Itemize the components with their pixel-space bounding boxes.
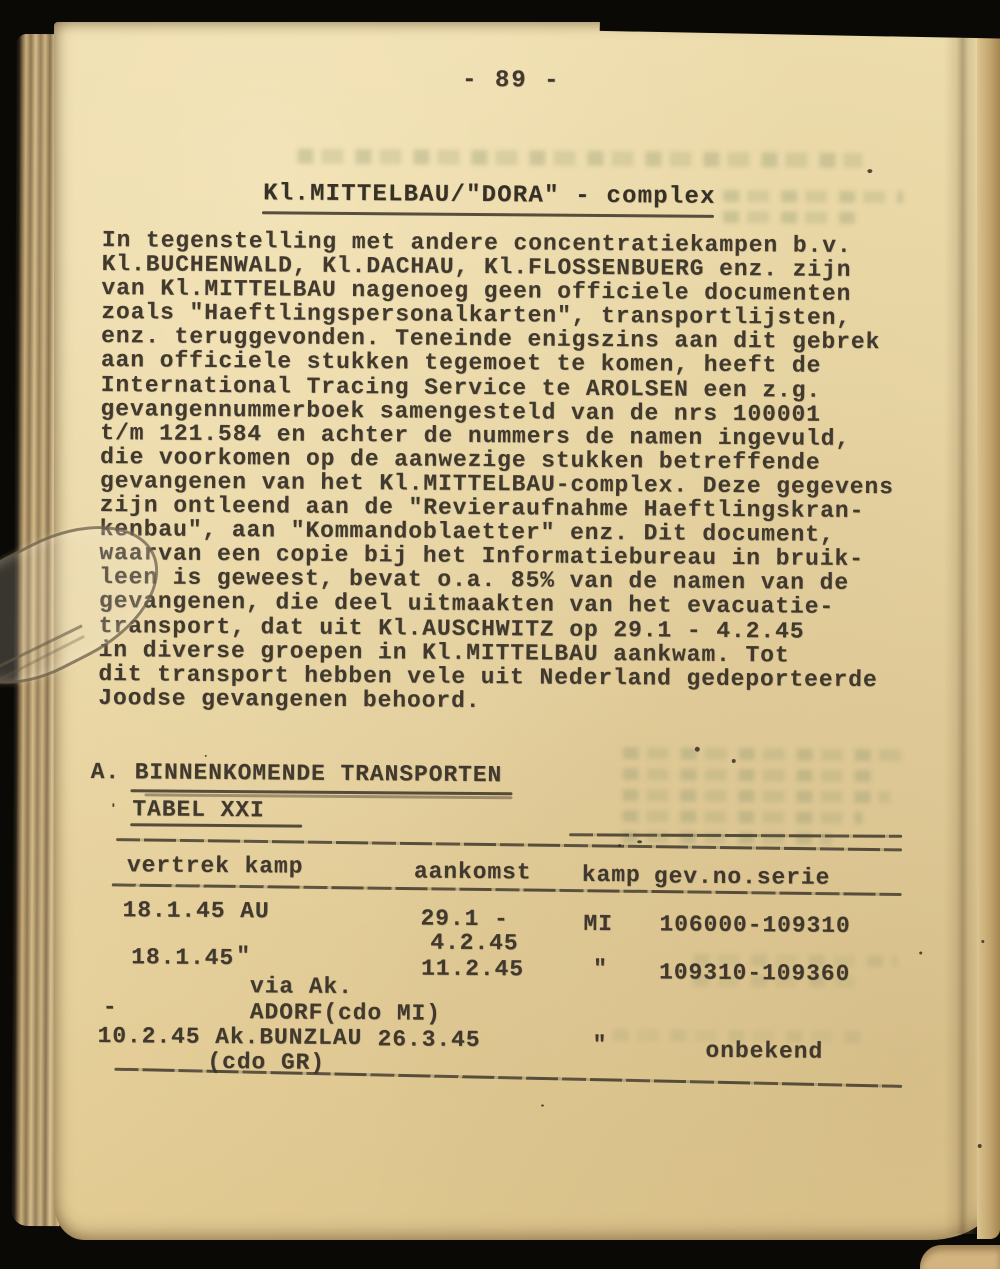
cell-ditto: ": [236, 943, 251, 969]
ink-speck: [732, 759, 736, 763]
ink-speck: [618, 844, 621, 847]
cell-vertrek: 18.1.45 AU: [122, 897, 269, 924]
cell-route: ADORF(cdo MI): [250, 999, 441, 1027]
col-header-aankomst: aankomst: [414, 859, 532, 886]
cell-ditto: ": [593, 956, 608, 982]
cell-route: via Ak.: [250, 973, 353, 1000]
ink-speck: [981, 940, 984, 943]
title-underline: [262, 211, 714, 217]
col-header-serie: gev.no.serie: [654, 863, 831, 890]
bleed-through-text: [297, 149, 862, 177]
bleed-through-text: [723, 190, 903, 233]
page-number: - 89 -: [462, 68, 561, 95]
ink-speck: [637, 840, 642, 843]
bleed-through-text: [622, 747, 903, 854]
section-prefix: A.: [91, 759, 121, 785]
cell-aankomst: 29.1 -: [420, 906, 508, 933]
cell-vertrek: 18.1.45: [131, 944, 234, 971]
ink-speck: [112, 803, 114, 807]
body-paragraph: In tegenstelling met andere concentratie…: [98, 228, 896, 716]
cell-aankomst: 11.2.45: [421, 956, 524, 983]
ink-speck: [919, 951, 922, 954]
page-title: Kl.MITTELBAU/"DORA" - complex: [263, 181, 716, 211]
ink-speck: [867, 169, 872, 173]
cell-serie: 106000-109310: [659, 911, 850, 939]
cell-vertrek: 10.2.45 Ak.BUNZLAU: [97, 1023, 362, 1051]
cell-kamp: MI: [583, 911, 613, 937]
ink-speck: [205, 755, 207, 757]
cell-aankomst: 4.2.45: [430, 930, 518, 957]
cell-ditto: ": [592, 1032, 607, 1058]
cell-serie: onbekend: [705, 1038, 823, 1065]
ink-speck: [978, 1144, 982, 1148]
cell-route: (cdo GR): [207, 1049, 325, 1076]
cell-aankomst: 26.3.45: [377, 1026, 480, 1053]
table-label: TABEL XXI: [132, 796, 265, 823]
section-heading: BINNENKOMENDE TRANSPORTEN: [135, 759, 503, 788]
table-label-underline: [130, 823, 302, 827]
cell-serie: 109310-109360: [659, 959, 850, 987]
col-header-kamp: kamp: [582, 862, 641, 888]
page-content: - 89 - Kl.MITTELBAU/"DORA" - complex In …: [0, 0, 1000, 1269]
col-header-vertrek: vertrek kamp: [127, 852, 304, 879]
ink-speck: [541, 1105, 544, 1107]
cell-dash: -: [103, 994, 118, 1020]
ink-speck: [695, 747, 700, 752]
